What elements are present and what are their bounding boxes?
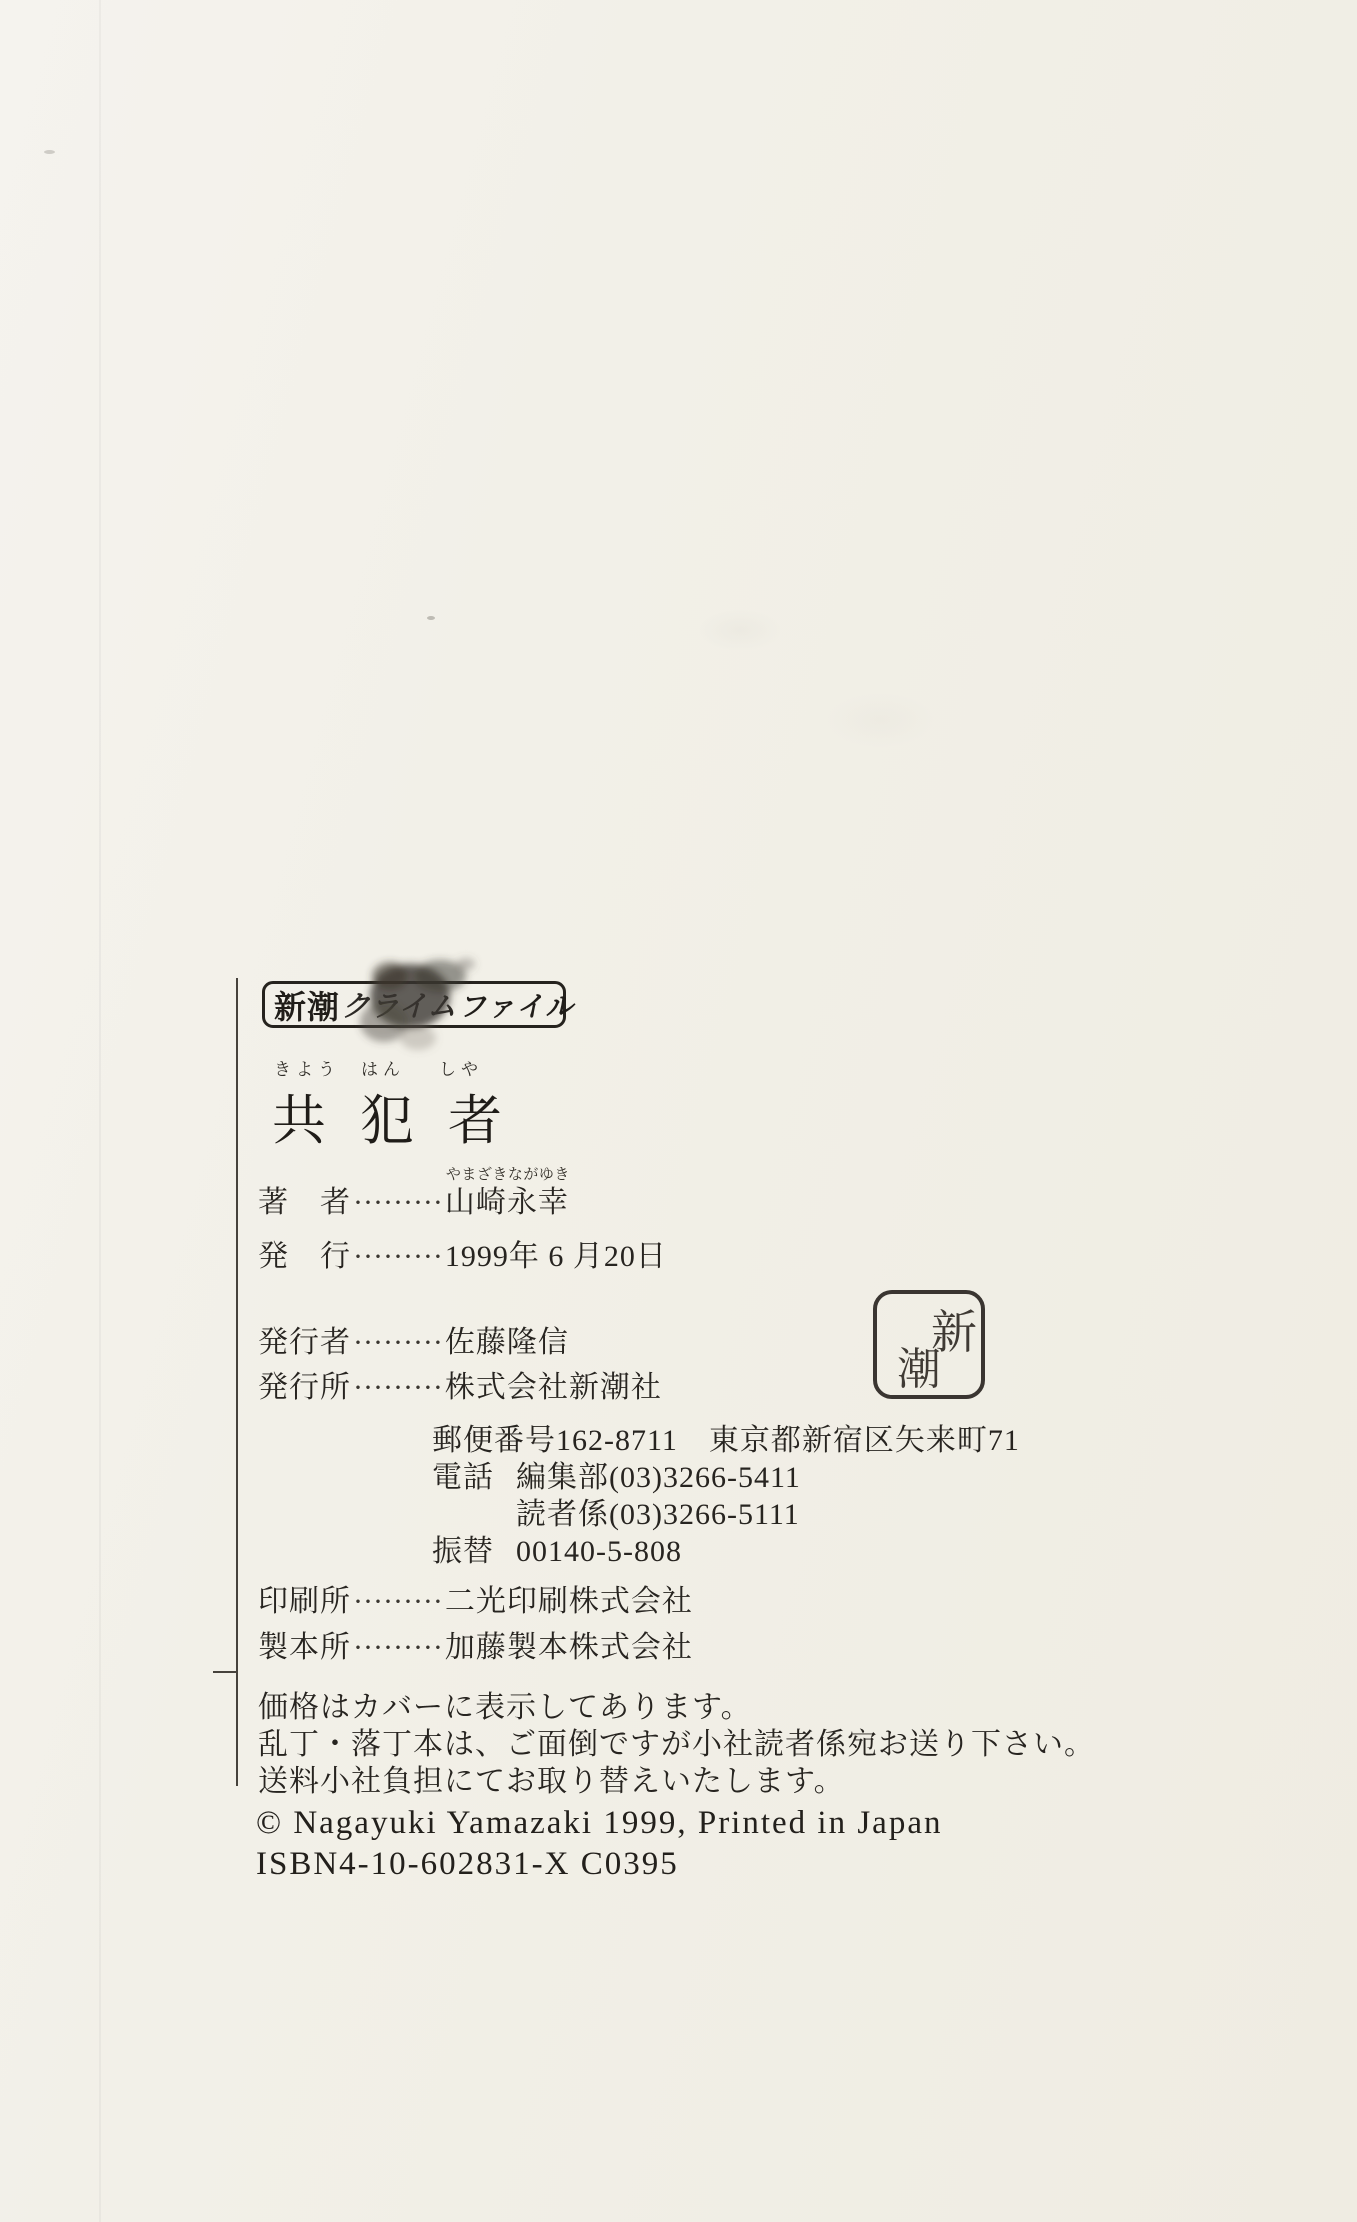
isbn-text: ISBN4-10-602831-X C0395 xyxy=(256,1846,679,1882)
colophon-left-rule xyxy=(236,978,238,1786)
author-value-wrap: やまざきながゆき山崎永幸 xyxy=(445,1186,569,1221)
tel-label: 電話 xyxy=(432,1461,516,1496)
paper-speck xyxy=(427,616,435,620)
leader-dots: ········· xyxy=(351,1240,445,1273)
shincho-seal-stamp: 新 潮 xyxy=(870,1286,988,1404)
tel-editorial-row: 電話編集部(03)3266-5411 xyxy=(432,1461,801,1496)
issuer-label: 発行者 xyxy=(258,1326,351,1359)
furikae-number: 00140-5-808 xyxy=(516,1535,682,1568)
copyright-text: © Nagayuki Yamazaki 1999, Printed in Jap… xyxy=(256,1805,942,1841)
isbn-line: ISBN4-10-602831-X C0395 xyxy=(256,1846,679,1884)
postal-transfer-row: 振替00140-5-808 xyxy=(432,1535,682,1570)
address-text: 郵便番号162-8711 東京都新宿区矢来町71 xyxy=(432,1424,1020,1457)
postage-note: 送料小社負担にてお取り替えいたします。 xyxy=(258,1765,845,1800)
tel-readers-row: 読者係(03)3266-5111 xyxy=(516,1498,800,1533)
address-row: 郵便番号162-8711 東京都新宿区矢来町71 xyxy=(432,1424,1020,1459)
printer-row: 印刷所·········二光印刷株式会社 xyxy=(258,1585,693,1620)
price-note: 価格はカバーに表示してあります。 xyxy=(258,1691,752,1726)
author-label: 著 者 xyxy=(258,1186,351,1219)
paper-speck xyxy=(44,150,55,154)
leader-dots: ········· xyxy=(351,1585,445,1618)
postage-note-text: 送料小社負担にてお取り替えいたします。 xyxy=(258,1765,845,1798)
leader-dots: ········· xyxy=(351,1631,445,1664)
defective-copy-note: 乱丁・落丁本は、ご面倒ですが小社読者係宛お送り下さい。 xyxy=(258,1728,1095,1763)
page-crease xyxy=(99,0,101,2222)
publisher-label: 発行所 xyxy=(258,1371,351,1404)
author-name: 山崎永幸 xyxy=(445,1186,569,1219)
issuer-row: 発行者·········佐藤隆信 xyxy=(258,1326,569,1361)
publish-label: 発 行 xyxy=(258,1240,351,1273)
author-row: 著 者·········やまざきながゆき山崎永幸 xyxy=(258,1186,569,1221)
printer-name: 二光印刷株式会社 xyxy=(445,1585,693,1618)
tel-readers-number: 読者係(03)3266-5111 xyxy=(516,1498,800,1531)
logo-file-text: ファイル xyxy=(458,985,581,1025)
issuer-name: 佐藤隆信 xyxy=(445,1326,569,1359)
printer-label: 印刷所 xyxy=(258,1585,351,1618)
publisher-name: 株式会社新潮社 xyxy=(445,1371,662,1404)
binder-row: 製本所·········加藤製本株式会社 xyxy=(258,1631,693,1666)
colophon-rule-tick xyxy=(213,1671,237,1673)
series-logo-box: 新潮 クライム ファイル xyxy=(262,981,566,1028)
publisher-row: 発行所·········株式会社新潮社 xyxy=(258,1371,662,1406)
leader-dots: ········· xyxy=(351,1186,445,1219)
price-note-text: 価格はカバーに表示してあります。 xyxy=(258,1691,752,1724)
publish-date-row: 発 行·········1999年 6 月20日 xyxy=(258,1240,667,1275)
title-furigana-kyou: きよう xyxy=(274,1055,340,1080)
publish-date: 1999年 6 月20日 xyxy=(445,1240,667,1273)
title-furigana-sha: しや xyxy=(439,1055,483,1080)
logo-crime-text: クライム xyxy=(339,984,464,1025)
furikae-label: 振替 xyxy=(432,1535,516,1570)
page-showthrough xyxy=(620,540,1020,840)
seal-char-cho: 潮 xyxy=(897,1345,941,1394)
binder-name: 加藤製本株式会社 xyxy=(445,1631,693,1664)
book-title: 共犯者 xyxy=(272,1078,536,1155)
author-furigana: やまざきながゆき xyxy=(446,1167,570,1184)
leader-dots: ········· xyxy=(351,1326,445,1359)
defective-copy-note-text: 乱丁・落丁本は、ご面倒ですが小社読者係宛お送り下さい。 xyxy=(258,1728,1095,1761)
tel-editorial-number: 編集部(03)3266-5411 xyxy=(516,1461,801,1494)
title-furigana-han: はん xyxy=(361,1055,405,1080)
logo-publisher-text: 新潮 xyxy=(274,982,340,1028)
copyright-line: © Nagayuki Yamazaki 1999, Printed in Jap… xyxy=(256,1805,942,1843)
binder-label: 製本所 xyxy=(258,1631,351,1664)
leader-dots: ········· xyxy=(351,1371,445,1404)
